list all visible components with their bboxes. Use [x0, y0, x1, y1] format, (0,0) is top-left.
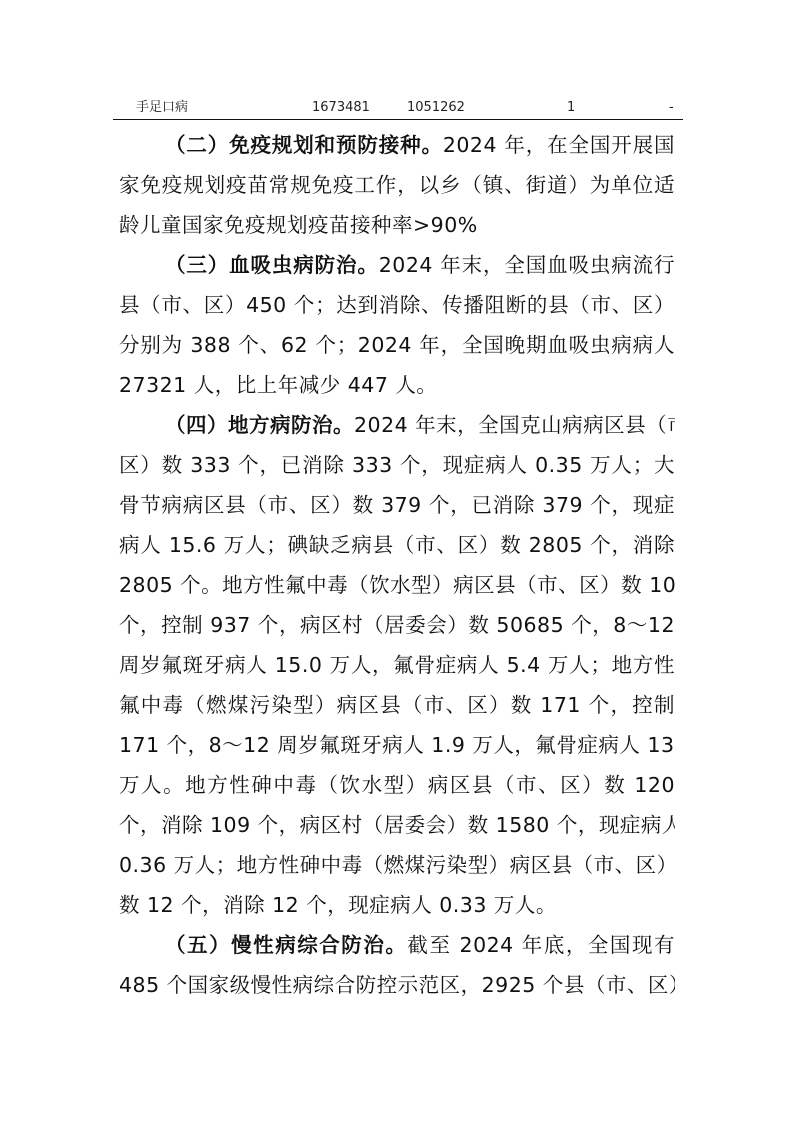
text-line: 2805 个。地方性氟中毒（饮水型）病区县（市、区）数 1030 [119, 565, 675, 605]
table-cell-disease-name: 手足口病 [136, 98, 188, 118]
table-cell-value-b: 1051262 [407, 98, 465, 118]
text-line: 个，控制 937 个，病区村（居委会）数 50685 个，8～12 [119, 605, 675, 645]
text-line: （三）血吸虫病防治。2024 年末，全国血吸虫病流行 [119, 245, 675, 285]
table-cell-value-c: 1 [567, 98, 575, 118]
line-text: 截至 2024 年底，全国现有 [407, 933, 675, 957]
table-cell-value-d: - [669, 98, 674, 118]
line-text: 2024 年末，全国血吸虫病流行 [379, 253, 675, 277]
text-line: 龄儿童国家免疫规划疫苗接种率>90% [119, 205, 675, 245]
table-cell-value-a: 1673481 [312, 98, 370, 118]
text-line: 个，消除 109 个，病区村（居委会）数 1580 个，现症病人 [119, 805, 675, 845]
text-line: （四）地方病防治。2024 年末，全国克山病病区县（市、 [119, 405, 675, 445]
text-line: 0.36 万人；地方性砷中毒（燃煤污染型）病区县（市、区） [119, 845, 675, 885]
section-immunization: （二）免疫规划和预防接种。2024 年，在全国开展国 家免疫规划疫苗常规免疫工作… [119, 125, 675, 245]
section-heading: （三）血吸虫病防治。 [165, 253, 379, 277]
text-line: 485 个国家级慢性病综合防控示范区，2925 个县（市、区） [119, 965, 675, 1005]
section-schistosomiasis: （三）血吸虫病防治。2024 年末，全国血吸虫病流行 县（市、区）450 个；达… [119, 245, 675, 405]
section-heading: （五）慢性病综合防治。 [165, 933, 407, 957]
text-line: 27321 人，比上年减少 447 人。 [119, 365, 675, 405]
section-heading: （四）地方病防治。 [165, 413, 354, 437]
text-line: 病人 15.6 万人；碘缺乏病县（市、区）数 2805 个，消除 [119, 525, 675, 565]
text-line: 家免疫规划疫苗常规免疫工作，以乡（镇、街道）为单位适 [119, 165, 675, 205]
table-row: 手足口病 1673481 1051262 1 - [113, 98, 683, 118]
text-line: 氟中毒（燃煤污染型）病区县（市、区）数 171 个，控制 [119, 685, 675, 725]
text-line: 171 个，8～12 周岁氟斑牙病人 1.9 万人，氟骨症病人 13.0 [119, 725, 675, 765]
text-line: 分别为 388 个、62 个；2024 年，全国晚期血吸虫病病人 [119, 325, 675, 365]
section-heading: （二）免疫规划和预防接种。 [165, 133, 443, 157]
text-line: 县（市、区）450 个；达到消除、传播阻断的县（市、区） [119, 285, 675, 325]
section-chronic-disease: （五）慢性病综合防治。截至 2024 年底，全国现有 485 个国家级慢性病综合… [119, 925, 675, 1005]
table-bottom-rule [113, 119, 683, 120]
text-line: 区）数 333 个，已消除 333 个，现症病人 0.35 万人；大 [119, 445, 675, 485]
document-page: 手足口病 1673481 1051262 1 - （二）免疫规划和预防接种。20… [0, 0, 794, 1123]
text-line: 骨节病病区县（市、区）数 379 个，已消除 379 个，现症 [119, 485, 675, 525]
text-line: （二）免疫规划和预防接种。2024 年，在全国开展国 [119, 125, 675, 165]
line-text: 2024 年，在全国开展国 [443, 133, 675, 157]
text-line: 周岁氟斑牙病人 15.0 万人，氟骨症病人 5.4 万人；地方性 [119, 645, 675, 685]
text-line: （五）慢性病综合防治。截至 2024 年底，全国现有 [119, 925, 675, 965]
text-line: 万人。地方性砷中毒（饮水型）病区县（市、区）数 120 [119, 765, 675, 805]
section-endemic-disease: （四）地方病防治。2024 年末，全国克山病病区县（市、 区）数 333 个，已… [119, 405, 675, 925]
text-line: 数 12 个，消除 12 个，现症病人 0.33 万人。 [119, 885, 675, 925]
line-text: 2024 年末，全国克山病病区县（市、 [354, 413, 675, 437]
body-text: （二）免疫规划和预防接种。2024 年，在全国开展国 家免疫规划疫苗常规免疫工作… [119, 125, 675, 1005]
